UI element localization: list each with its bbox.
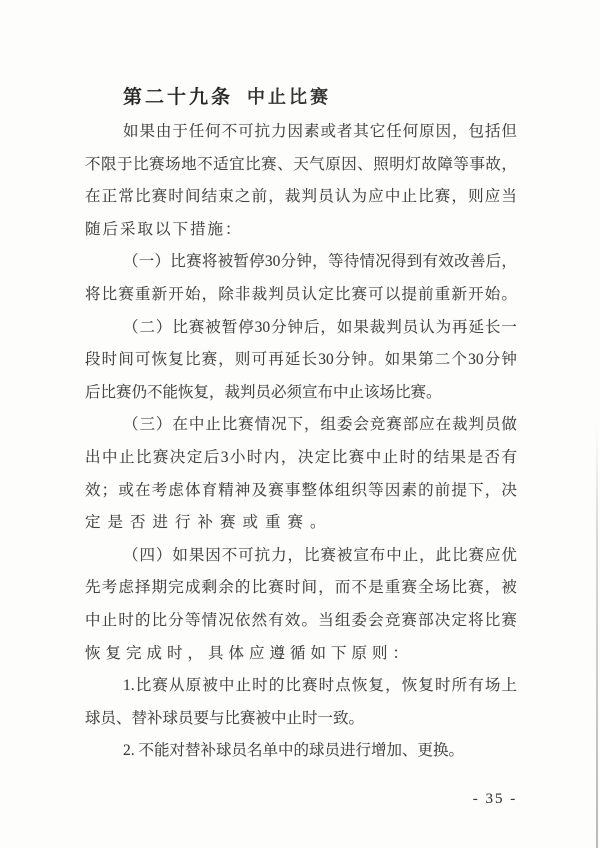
text-glyph: 暂 [233, 246, 249, 279]
text-glyph: 育 [202, 475, 218, 508]
text-glyph: 会 [353, 409, 369, 442]
text-line: 随后采取以下措施： [85, 214, 517, 247]
text-glyph: 比 [170, 246, 186, 279]
text-glyph: 赛 [153, 442, 169, 475]
article-number: 第二十九条 [123, 87, 233, 108]
text-glyph: 是 [368, 572, 384, 605]
text-glyph: 被 [205, 312, 221, 345]
text-glyph: 中 [219, 670, 235, 703]
text-glyph: 赛 [152, 670, 168, 703]
text-glyph: 止 [383, 442, 399, 475]
text-glyph: 再 [268, 344, 284, 377]
text-glyph: 中 [85, 605, 101, 638]
text-glyph: ， [268, 181, 284, 214]
article-subject: 中止比赛 [247, 87, 331, 107]
text-glyph: 中 [366, 442, 382, 475]
text-line: 球员、替补球员要与比赛被中止时一致。 [85, 703, 517, 736]
text-glyph: 应 [485, 181, 501, 214]
text-glyph: 优 [501, 540, 517, 573]
text-glyph: 结 [202, 181, 218, 214]
text-glyph: 后 [486, 246, 502, 279]
text-glyph: 地 [181, 149, 197, 182]
text-glyph: 间 [118, 344, 134, 377]
text-glyph: 或 [320, 116, 336, 149]
text-glyph: 抗 [255, 540, 271, 573]
text-glyph: 30 [318, 344, 334, 377]
text-glyph: 场 [485, 670, 501, 703]
text-glyph: 整 [302, 475, 318, 508]
text-glyph: 赛 [386, 409, 402, 442]
text-glyph: 裁 [370, 312, 386, 345]
text-glyph: 被 [202, 670, 218, 703]
text-glyph: 束 [218, 181, 234, 214]
text-glyph: 因 [288, 116, 304, 149]
text-glyph: ） [156, 409, 172, 442]
text-line: 定是否进行补赛或重赛。 [85, 507, 517, 540]
text-glyph: 时 [247, 442, 263, 475]
text-glyph: 可 [135, 344, 151, 377]
text-glyph: 员 [318, 181, 334, 214]
text-glyph: 开 [468, 279, 484, 312]
text-glyph: 何 [403, 116, 419, 149]
text-glyph: 以 [385, 279, 401, 312]
text-glyph: 分 [271, 312, 287, 345]
text-glyph: 由 [156, 116, 172, 149]
text-glyph: 成 [185, 572, 201, 605]
text-glyph: 有 [268, 605, 284, 638]
text-glyph: 果 [451, 442, 467, 475]
text-glyph: 1. [123, 670, 135, 703]
text-glyph: 及 [252, 475, 268, 508]
text-glyph: 重 [135, 279, 151, 312]
text-glyph: 长 [485, 312, 501, 345]
text-glyph: 、 [277, 149, 293, 182]
text-glyph: 何 [205, 116, 221, 149]
text-glyph: 任 [189, 116, 205, 149]
text-glyph: 比 [136, 670, 152, 703]
text-glyph: 二 [139, 312, 155, 345]
text-glyph: 有 [423, 246, 439, 279]
text-glyph: 从 [169, 670, 185, 703]
text-glyph: 如 [385, 344, 401, 377]
text-glyph: 比 [451, 572, 467, 605]
text-glyph: 等 [185, 605, 201, 638]
text-glyph: 气 [309, 149, 325, 182]
text-glyph: 始 [185, 279, 201, 312]
text-glyph: 择 [135, 572, 151, 605]
text-glyph: 员 [485, 409, 501, 442]
text-glyph: 它 [370, 116, 386, 149]
text-glyph: 事 [469, 149, 485, 182]
text-glyph: 赛 [261, 149, 277, 182]
text-glyph: 。 [368, 344, 384, 377]
text-glyph: 后 [204, 442, 220, 475]
text-glyph: 余 [218, 572, 234, 605]
text-glyph: 定 [451, 605, 467, 638]
text-glyph: 赛 [469, 540, 485, 573]
text-glyph: 包 [469, 116, 485, 149]
text-glyph: ， [385, 670, 401, 703]
text-glyph: 有 [468, 670, 484, 703]
text-glyph: 况 [375, 246, 391, 279]
text-glyph: ， [202, 279, 218, 312]
text-glyph: 比 [335, 279, 351, 312]
text-glyph: 赛 [320, 540, 336, 573]
text-glyph: 开 [168, 279, 184, 312]
text-glyph: 时 [118, 605, 134, 638]
text-glyph: 可 [252, 344, 268, 377]
text-glyph: ， [501, 149, 517, 182]
text-glyph: 。 [501, 279, 517, 312]
text-glyph: 中 [102, 442, 118, 475]
text-glyph: 虑 [118, 572, 134, 605]
text-glyph: 宜 [229, 149, 245, 182]
text-glyph: 原 [419, 116, 435, 149]
text-glyph: 否 [484, 442, 500, 475]
text-glyph: 30 [468, 344, 484, 377]
text-glyph: 不 [222, 116, 238, 149]
text-glyph: 况 [271, 409, 287, 442]
text-glyph: 定 [187, 442, 203, 475]
text-glyph: 赛 [501, 605, 517, 638]
text-glyph: 时 [102, 344, 118, 377]
text-glyph: 的 [235, 572, 251, 605]
text-glyph: 此 [436, 540, 452, 573]
text-glyph: 恢 [152, 344, 168, 377]
text-glyph: 于 [117, 149, 133, 182]
article-body: 第二十九条中止比赛 如果由于任何不可抗力因素或者其它任何原因，包括但不限于比赛场… [85, 78, 517, 768]
text-glyph: 非 [235, 279, 251, 312]
text-glyph: 照 [373, 149, 389, 182]
text-glyph: 等 [328, 246, 344, 279]
text-glyph: 不 [352, 572, 368, 605]
text-glyph: 止 [119, 442, 135, 475]
text-glyph: 前 [252, 181, 268, 214]
text-glyph: 点 [335, 670, 351, 703]
text-glyph: 赛 [401, 572, 417, 605]
text-glyph: 竞 [385, 605, 401, 638]
text-glyph: 情 [255, 409, 271, 442]
text-glyph: 止 [102, 605, 118, 638]
text-glyph: 如 [123, 116, 139, 149]
text-glyph: 委 [337, 409, 353, 442]
text-glyph: 赛 [302, 670, 318, 703]
text-glyph: 在 [135, 475, 151, 508]
text-glyph: 延 [285, 344, 301, 377]
text-glyph: 的 [269, 670, 285, 703]
text-glyph: 比 [135, 181, 151, 214]
text-glyph: ， [320, 312, 336, 345]
text-glyph: 部 [403, 409, 419, 442]
text-glyph: 故 [421, 149, 437, 182]
text-glyph: 时 [319, 670, 335, 703]
text-glyph: 复 [168, 344, 184, 377]
text-glyph: 止 [403, 540, 419, 573]
text-glyph: 灯 [405, 149, 421, 182]
text-glyph: 果 [139, 116, 155, 149]
text-glyph: 如 [337, 312, 353, 345]
text-glyph: ， [451, 181, 467, 214]
text-line: （四）如果因不可抗力，比赛被宣布中止，此比赛应优 [85, 540, 517, 573]
text-glyph: 考 [102, 572, 118, 605]
text-glyph: 止 [205, 409, 221, 442]
text-glyph: 织 [352, 475, 368, 508]
text-glyph: 期 [152, 572, 168, 605]
text-glyph: 效 [85, 475, 101, 508]
text-glyph: 提 [451, 475, 467, 508]
text-glyph: 一 [501, 312, 517, 345]
text-glyph: 决 [170, 442, 186, 475]
text-glyph: 恢 [352, 670, 368, 703]
text-glyph: 于 [172, 116, 188, 149]
text-glyph: 中 [385, 181, 401, 214]
text-glyph: 比 [136, 442, 152, 475]
text-glyph: 下 [468, 475, 484, 508]
text-glyph: 因 [436, 116, 452, 149]
text-glyph: 体 [318, 475, 334, 508]
text-glyph: 赛 [401, 605, 417, 638]
text-glyph: 明 [389, 149, 405, 182]
text-glyph: 时 [252, 670, 268, 703]
text-line: 不限于比赛场地不适宜比赛、天气原因、照明灯故障等事故， [85, 149, 517, 182]
text-line: 效；或在考虑体育精神及赛事整体组织等因素的前提下，决 [85, 475, 517, 508]
text-glyph: 抗 [255, 116, 271, 149]
text-glyph: 比 [252, 572, 268, 605]
text-glyph: 比 [185, 344, 201, 377]
text-glyph: 赛 [435, 181, 451, 214]
text-glyph: 有 [501, 442, 517, 475]
text-glyph: 果 [189, 540, 205, 573]
text-glyph: 果 [401, 344, 417, 377]
text-glyph: 被 [501, 572, 517, 605]
text-glyph: 赛 [238, 409, 254, 442]
text-glyph: ， [318, 572, 334, 605]
text-glyph: 比 [172, 312, 188, 345]
text-glyph: 分 [485, 344, 501, 377]
text-glyph: 可 [238, 116, 254, 149]
text-glyph: 除 [218, 279, 234, 312]
text-glyph: 上 [501, 670, 517, 703]
text-glyph: 天 [293, 149, 309, 182]
text-glyph: 得 [391, 246, 407, 279]
text-glyph: ， [304, 409, 320, 442]
text-line: 出中止比赛决定后3小时内，决定比赛中止时的结果是否有 [85, 442, 517, 475]
text-glyph: ， [485, 475, 501, 508]
text-glyph: 内 [264, 442, 280, 475]
text-glyph: 始 [485, 279, 501, 312]
text-glyph: 小 [230, 442, 246, 475]
text-glyph: 长 [302, 344, 318, 377]
text-glyph: 依 [235, 605, 251, 638]
text-line: 段时间可恢复比赛，则可再延长30分钟。如果第二个30分钟 [85, 344, 517, 377]
text-glyph: 重 [435, 279, 451, 312]
text-glyph: ， [419, 540, 435, 573]
text-glyph: 再 [452, 312, 468, 345]
text-glyph: 则 [235, 344, 251, 377]
text-glyph: 赛 [186, 246, 202, 279]
text-glyph: 判 [268, 279, 284, 312]
text-glyph: 3 [221, 442, 229, 475]
text-glyph: 效 [285, 605, 301, 638]
text-glyph: 比 [133, 149, 149, 182]
text-glyph: 应 [485, 540, 501, 573]
text-glyph: 暂 [222, 312, 238, 345]
text-glyph: 果 [353, 312, 369, 345]
text-glyph: 认 [302, 279, 318, 312]
text-glyph: 赛 [202, 344, 218, 377]
text-glyph: 应 [368, 181, 384, 214]
text-glyph: 况 [218, 605, 234, 638]
text-glyph: （ [123, 312, 139, 345]
text-glyph: 时 [285, 572, 301, 605]
text-glyph: 判 [302, 181, 318, 214]
text-glyph: 在 [85, 181, 101, 214]
text-glyph: 或 [118, 475, 134, 508]
text-glyph: 裁 [452, 409, 468, 442]
text-line: 在正常比赛时间结束之前，裁判员认为应中止比赛，则应当 [85, 181, 517, 214]
text-glyph: 30 [265, 246, 281, 279]
text-glyph: 提 [401, 279, 417, 312]
text-line: 先考虑择期完成剩余的比赛时间，而不是重赛全场比赛，被 [85, 572, 517, 605]
text-glyph: 剩 [202, 572, 218, 605]
text-glyph: 为 [436, 312, 452, 345]
text-glyph: ， [312, 246, 328, 279]
text-glyph: （ [123, 540, 139, 573]
text-glyph: （ [123, 409, 139, 442]
text-glyph: 复 [418, 670, 434, 703]
text-glyph: 效 [438, 246, 454, 279]
text-glyph: 会 [368, 605, 384, 638]
text-glyph: 情 [359, 246, 375, 279]
text-glyph: 赛 [189, 312, 205, 345]
text-glyph: ， [218, 344, 234, 377]
text-glyph: 是 [468, 442, 484, 475]
text-glyph: 障 [437, 149, 453, 182]
text-glyph: 为 [352, 181, 368, 214]
text-glyph: 重 [385, 572, 401, 605]
text-glyph: 止 [235, 670, 251, 703]
text-glyph: 等 [368, 475, 384, 508]
text-glyph: 考 [152, 475, 168, 508]
text-glyph: 延 [469, 312, 485, 345]
text-glyph: 体 [185, 475, 201, 508]
text-glyph: 认 [335, 181, 351, 214]
text-glyph: 时 [435, 670, 451, 703]
text-glyph: 决 [298, 442, 314, 475]
text-glyph: 赛 [349, 442, 365, 475]
text-glyph: 下 [288, 409, 304, 442]
text-glyph: 新 [152, 279, 168, 312]
text-glyph: 二 [435, 344, 451, 377]
text-lines-container: 如果由于任何不可抗力因素或者其它任何原因，包括但不限于比赛场地不适宜比赛、天气原… [85, 116, 517, 768]
text-glyph: 赛 [118, 279, 134, 312]
text-glyph: 员 [403, 312, 419, 345]
text-glyph: 决 [435, 605, 451, 638]
text-glyph: 员 [285, 279, 301, 312]
text-glyph: 后 [304, 312, 320, 345]
text-glyph: 一 [139, 246, 155, 279]
text-glyph: 停 [249, 246, 265, 279]
text-glyph: 然 [252, 605, 268, 638]
text-glyph: 的 [417, 442, 433, 475]
text-glyph: 组 [335, 605, 351, 638]
text-glyph: 等 [453, 149, 469, 182]
text-glyph: 者 [337, 116, 353, 149]
text-glyph: 间 [302, 572, 318, 605]
text-line: （三）在中止比赛情况下，组委会竞赛部应在裁判员做 [85, 409, 517, 442]
text-glyph: ， [485, 572, 501, 605]
text-glyph: 将 [468, 605, 484, 638]
text-glyph: 30 [255, 312, 271, 345]
text-glyph: 则 [468, 181, 484, 214]
text-glyph: （ [123, 246, 139, 279]
text-glyph: 被 [337, 540, 353, 573]
text-glyph: 比 [304, 540, 320, 573]
text-glyph: 之 [235, 181, 251, 214]
text-line: （一）比赛将被暂停30分钟，等待情况得到有效改善后， [85, 246, 517, 279]
text-glyph: 原 [325, 149, 341, 182]
text-glyph: 神 [235, 475, 251, 508]
text-glyph: 故 [485, 149, 501, 182]
text-glyph: 段 [85, 344, 101, 377]
text-glyph: 比 [222, 409, 238, 442]
text-glyph: 比 [285, 670, 301, 703]
text-glyph: ； [102, 475, 118, 508]
text-line: 后比赛仍不能恢复，裁判员必须宣布中止该场比赛。 [85, 377, 517, 410]
text-glyph: 到 [407, 246, 423, 279]
text-glyph: 而 [335, 572, 351, 605]
text-glyph: 比 [245, 149, 261, 182]
text-glyph: 时 [400, 442, 416, 475]
text-glyph: 恢 [402, 670, 418, 703]
text-glyph: 应 [419, 409, 435, 442]
text-glyph: 不 [197, 149, 213, 182]
text-glyph: 但 [501, 116, 517, 149]
text-glyph: 布 [370, 540, 386, 573]
text-glyph: 全 [418, 572, 434, 605]
text-glyph: 因 [385, 475, 401, 508]
text-glyph: 改 [454, 246, 470, 279]
text-glyph: 。 [302, 605, 318, 638]
text-line: 2. 不能对替补球员名单中的球员进行增加、更换。 [85, 735, 517, 768]
text-glyph: ， [501, 246, 517, 279]
text-glyph: 将 [85, 279, 101, 312]
text-glyph: 不 [85, 149, 101, 182]
text-glyph: 素 [304, 116, 320, 149]
text-glyph: 原 [186, 670, 202, 703]
text-glyph: 组 [320, 409, 336, 442]
text-glyph: 结 [434, 442, 450, 475]
text-line: 将比赛重新开始，除非裁判员认定比赛可以提前重新开始。 [85, 279, 517, 312]
text-glyph: ， [281, 442, 297, 475]
text-glyph: 的 [135, 605, 151, 638]
text-glyph: 第 [418, 344, 434, 377]
text-glyph: 善 [470, 246, 486, 279]
text-glyph: 完 [168, 572, 184, 605]
text-glyph: 前 [418, 279, 434, 312]
text-glyph: 在 [172, 409, 188, 442]
text-glyph: 分 [335, 344, 351, 377]
text-glyph: 可 [368, 279, 384, 312]
text-glyph: 如 [172, 540, 188, 573]
text-glyph: ， [288, 540, 304, 573]
text-glyph: 将 [202, 246, 218, 279]
text-glyph: 精 [218, 475, 234, 508]
article-title: 第二十九条中止比赛 [85, 78, 517, 116]
text-glyph: 力 [271, 540, 287, 573]
text-glyph: 判 [469, 409, 485, 442]
text-line: （二）比赛被暂停30分钟后，如果裁判员认为再延长一 [85, 312, 517, 345]
